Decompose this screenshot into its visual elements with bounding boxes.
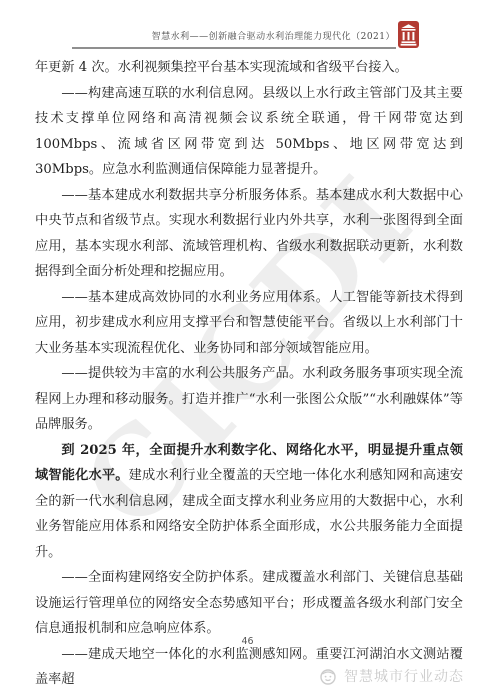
footer-brand-text: 智慧城市行业动态 (344, 666, 464, 686)
paragraph-with-bold-lead: 到 2025 年，全面提升水利数字化、网络化水平，明显提升重点领域智能化水平。建… (35, 438, 463, 566)
header-rule (72, 47, 396, 49)
paragraph: ——基本建成水利数据共享分析服务体系。基本建成水利大数据中心中央节点和省级节点。… (35, 183, 463, 285)
footer-brand: 智慧城市行业动态 (318, 665, 464, 687)
document-body: 年更新 4 次。水利视频集控平台基本实现流域和省级平台接入。 ——构建高速互联的… (35, 55, 463, 693)
publisher-logo-icon (398, 21, 419, 48)
document-page: CICDI 智慧水利——创新融合驱动水利治理能力现代化（2021） 年更新 4 … (0, 0, 495, 700)
paragraph: ——构建高速互联的水利信息网。县级以上水行政主管部门及其主要技术支撑单位网络和高… (35, 81, 463, 183)
scribble-globe-icon (318, 666, 338, 686)
paragraph: ——全面构建网络安全防护体系。建成覆盖水利部门、关键信息基础设施运行管理单位的网… (35, 565, 463, 642)
running-header-title: 智慧水利——创新融合驱动水利治理能力现代化（2021） (152, 29, 395, 42)
page-number: 46 (0, 636, 495, 647)
paragraph: ——提供较为丰富的水利公共服务产品。水利政务服务事项实现全流程网上办理和移动服务… (35, 361, 463, 438)
paragraph-continuation: 年更新 4 次。水利视频集控平台基本实现流域和省级平台接入。 (35, 55, 463, 81)
paragraph: ——基本建成高效协同的水利业务应用体系。人工智能等新技术得到应用，初步建成水利应… (35, 285, 463, 362)
